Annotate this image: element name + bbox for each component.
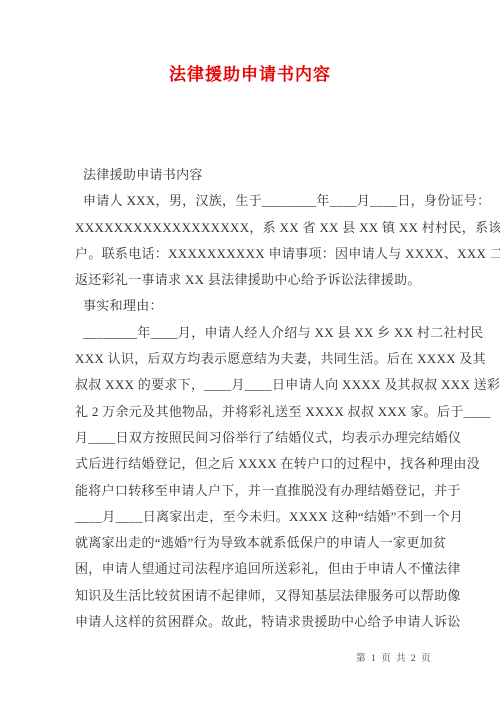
text-line: 户。联系电话：XXXXXXXXXX 申请事项：因申请人与 XXXX、XXX 二人 — [75, 241, 437, 267]
text-line: 法律援助申请书内容 — [75, 162, 437, 188]
text-line: 月____日双方按照民间习俗举行了结婚仪式，均表示办理完结婚仪 — [75, 425, 437, 451]
text-line: 叔叔 XXX 的要求下，____月____日申请人向 XXXX 及其叔叔 XXX… — [75, 372, 437, 398]
text-line: 礼 2 万余元及其他物品，并将彩礼送至 XXXX 叔叔 XXX 家。后于____ — [75, 399, 437, 425]
text-line: 申请人这样的贫困群众。故此，特请求贵援助中心给予申请人诉讼 — [75, 609, 437, 635]
text-line: 困，申请人望通过司法程序追回所送彩礼，但由于申请人不懂法律 — [75, 556, 437, 582]
text-line: 返还彩礼一事请求 XX 县法律援助中心给予诉讼法律援助。 — [75, 267, 437, 293]
text-line: XXXXXXXXXXXXXXXXXX，系 XX 省 XX 县 XX 镇 XX 村… — [75, 215, 437, 241]
document-title: 法律援助申请书内容 — [0, 60, 500, 85]
text-line: 式后进行结婚登记，但之后 XXXX 在转户口的过程中，找各种理由没 — [75, 451, 437, 477]
text-line: 就离家出走的“逃婚”行为导致本就系低保户的申请人一家更加贫 — [75, 530, 437, 556]
text-line: 申请人 XXX，男，汉族，生于________年____月____日，身份证号： — [75, 188, 437, 214]
text-line: ____月____日离家出走，至今未归。XXXX 这种“结婚”不到一个月 — [75, 504, 437, 530]
text-line: 能将户口转移至申请人户下，并一直推脱没有办理结婚登记，并于 — [75, 478, 437, 504]
text-line: XXX 认识，后双方均表示愿意结为夫妻，共同生活。后在 XXXX 及其 — [75, 346, 437, 372]
document-page: 法律援助申请书内容 法律援助申请书内容申请人 XXX，男，汉族，生于______… — [0, 0, 500, 708]
text-line: ________年____月，申请人经人介绍与 XX 县 XX 乡 XX 村二社… — [75, 320, 437, 346]
text-line: 知识及生活比较贫困请不起律师，又得知基层法律服务可以帮助像 — [75, 583, 437, 609]
document-body: 法律援助申请书内容申请人 XXX，男，汉族，生于________年____月__… — [75, 162, 437, 635]
page-number-footer: 第 1 页 共 2 页 — [356, 650, 432, 664]
text-line: 事实和理由： — [75, 293, 437, 319]
